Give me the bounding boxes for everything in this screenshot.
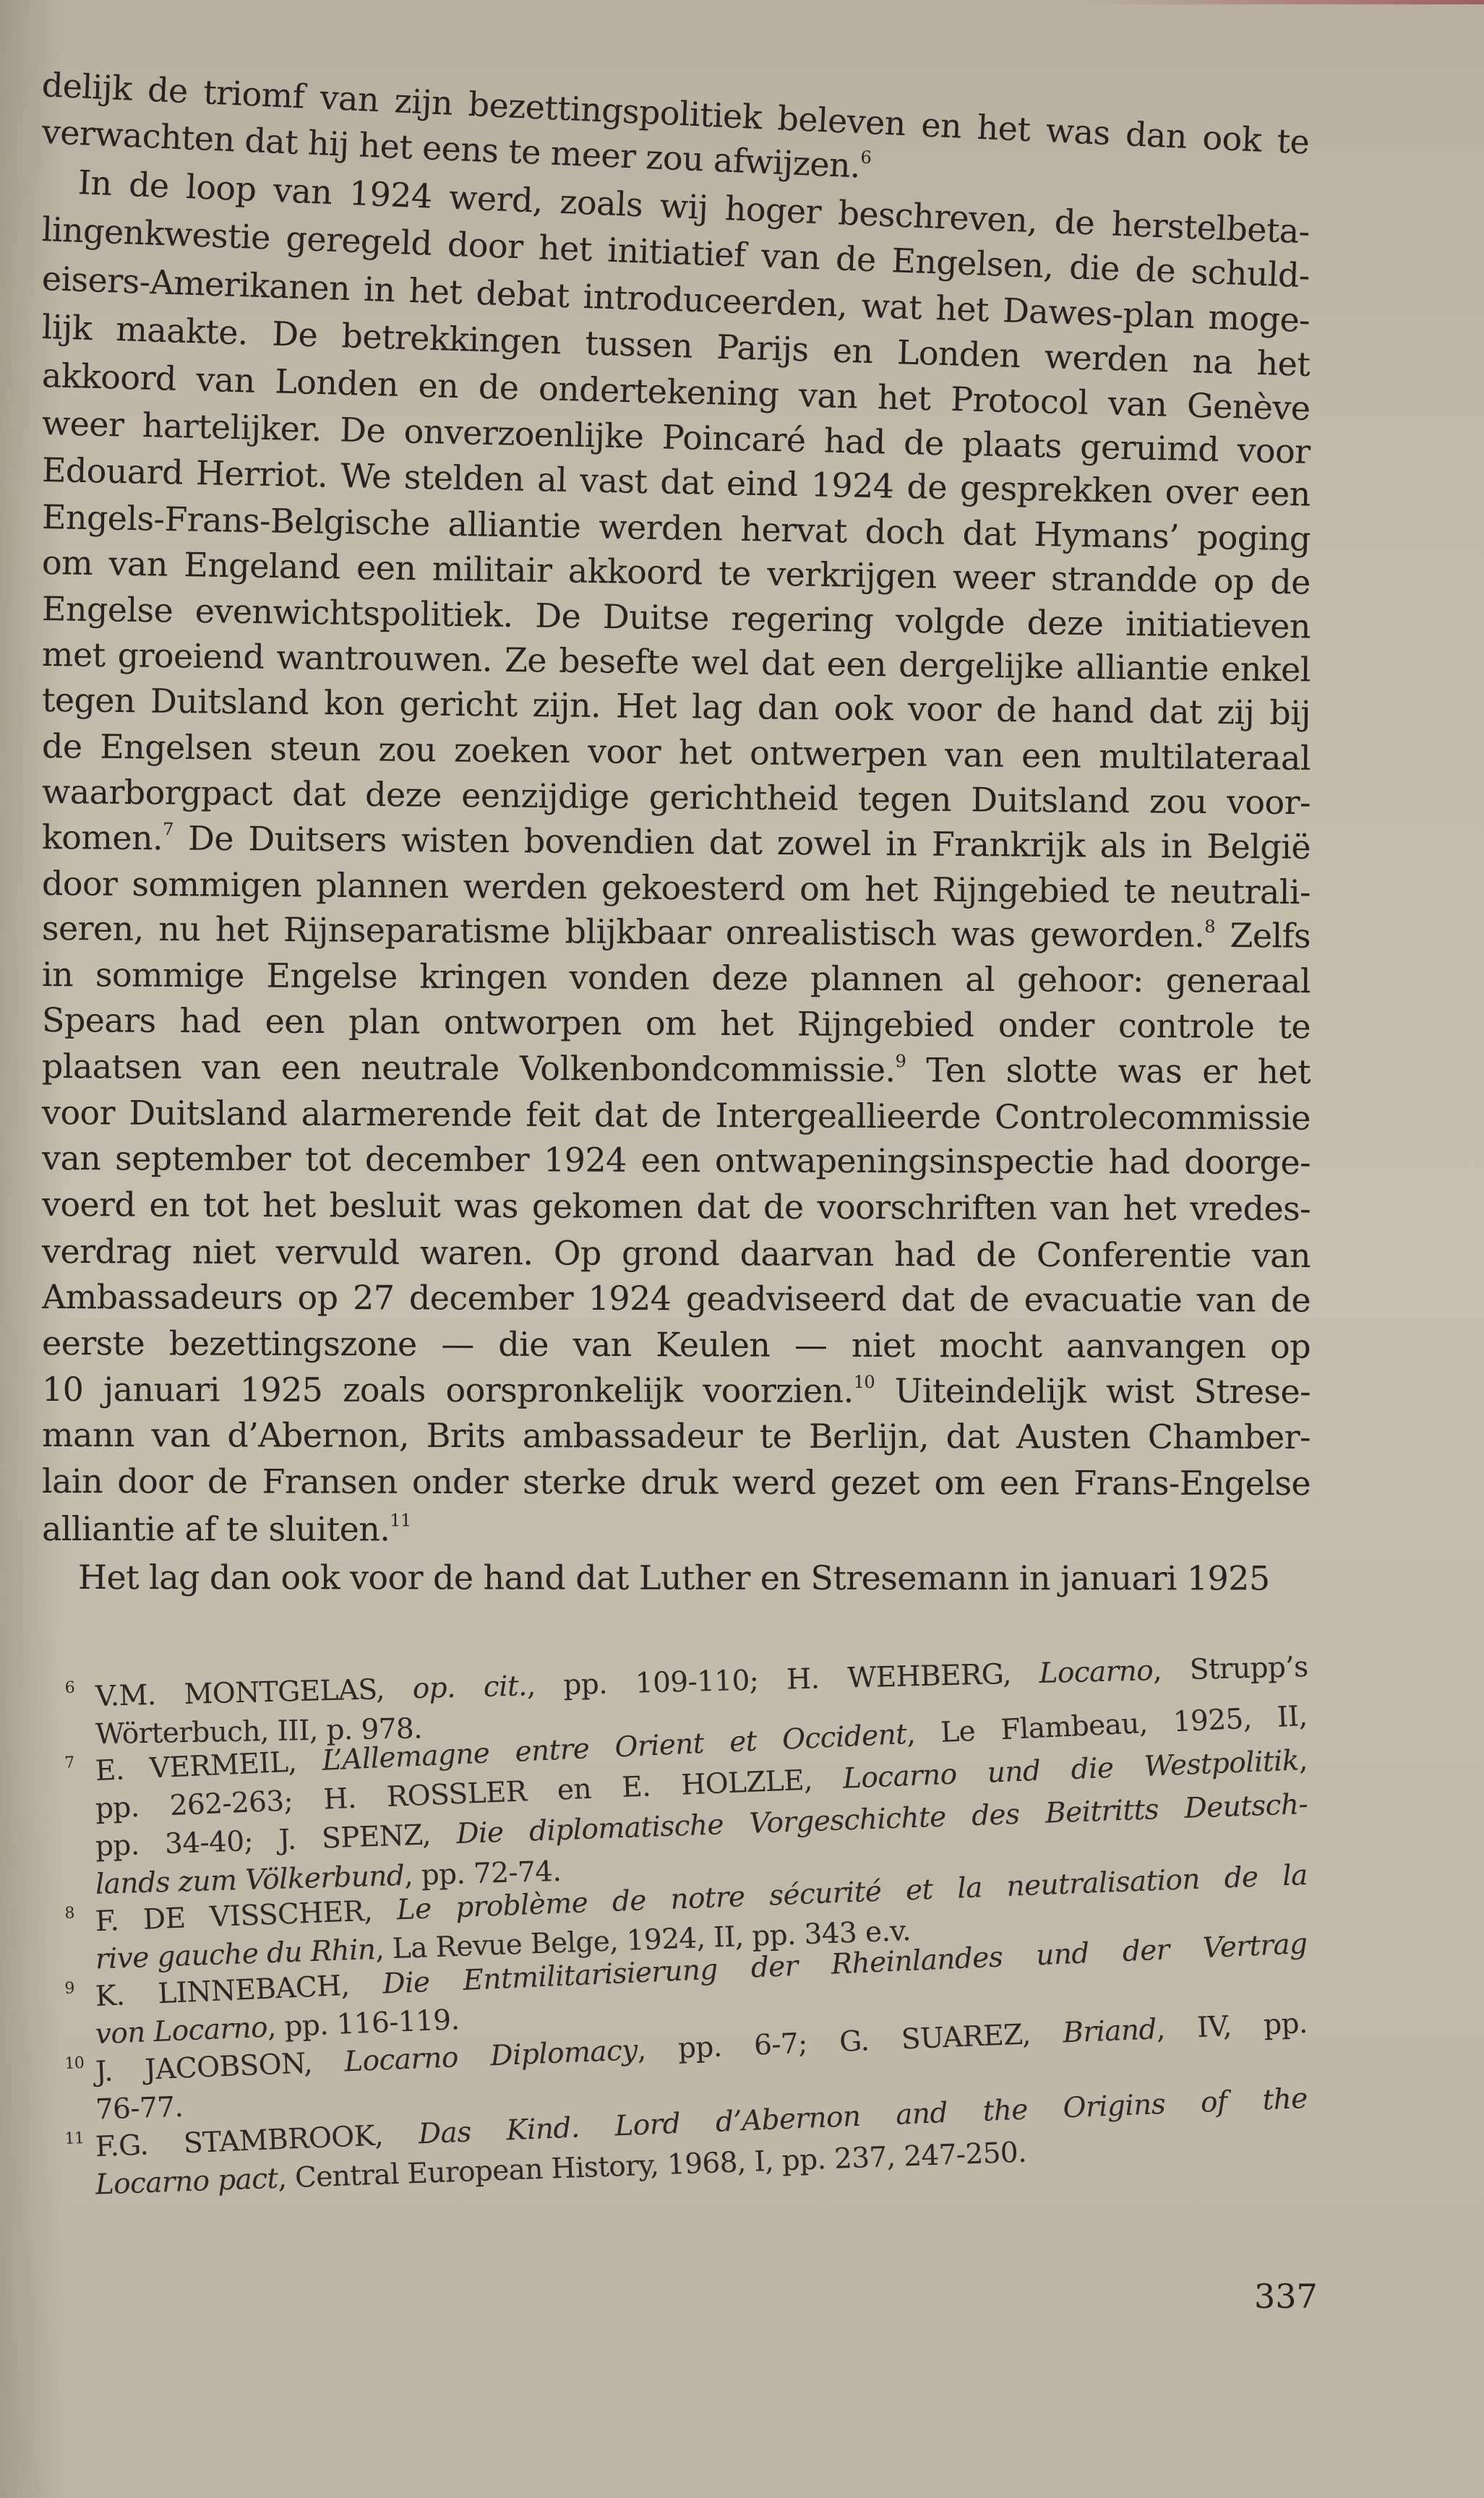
- line-text: lain door de Fransen onder sterke druk w…: [42, 1462, 1311, 1503]
- line-text-continuation: Zelfs: [1215, 916, 1311, 956]
- line-text: in sommige Engelse kringen vonden deze p…: [42, 955, 1311, 1000]
- line-text: waarborgpact dat deze eenzijdige gericht…: [42, 772, 1311, 822]
- line-text: alliantie af te sluiten.: [42, 1509, 390, 1548]
- page-number: 337: [1254, 2277, 1318, 2316]
- line-text-continuation: Uiteindelijk wist Strese-: [875, 1371, 1311, 1411]
- line-text: mann van d’Abernon, Brits ambassadeur te…: [42, 1415, 1311, 1456]
- footnote-reference[interactable]: 6: [860, 147, 872, 168]
- line-text: plaatsen van een neutrale Volkenbondcomm…: [42, 1047, 896, 1089]
- citation-text: , IV, pp.: [1156, 2007, 1308, 2046]
- line-text: Spears had een plan ontworpen om het Rij…: [42, 1000, 1311, 1046]
- footnote-number: 6: [64, 1681, 74, 1696]
- line-text: eerste bezettingszone — die van Keulen —…: [42, 1323, 1311, 1366]
- text-line: Ambassadeurs op 27 december 1924 geadvis…: [42, 1274, 1311, 1323]
- book-page: delijk de triomf van zijn bezettingspoli…: [0, 0, 1484, 2498]
- footnote-number: 11: [64, 2131, 85, 2147]
- text-line: Spears had een plan ontworpen om het Rij…: [42, 997, 1311, 1050]
- citation-text: ,: [1298, 1744, 1308, 1777]
- text-line: van september tot december 1924 een ontw…: [42, 1135, 1311, 1185]
- text-line: voor Duitsland alarmerende feit dat de I…: [42, 1089, 1311, 1141]
- text-line: Het lag dan ook voor de hand dat Luther …: [42, 1554, 1311, 1602]
- text-line: seren, nu het Rijnseparatisme blijkbaar …: [42, 905, 1311, 959]
- citation-title: von Locarno: [95, 2012, 268, 2051]
- citation-text: J. JACOBSON,: [95, 2046, 345, 2088]
- text-line: voerd en tot het besluit was gekomen dat…: [42, 1181, 1311, 1232]
- footnote-reference[interactable]: 10: [854, 1372, 875, 1392]
- line-text: Het lag dan ook voor de hand dat Luther …: [78, 1558, 1270, 1597]
- footnote-reference[interactable]: 8: [1204, 917, 1215, 937]
- citation-text: , Strupp’s: [1153, 1651, 1308, 1687]
- line-text: verdrag niet vervuld waren. Op grond daa…: [42, 1232, 1311, 1275]
- line-text: komen.: [42, 817, 163, 857]
- line-text-continuation: De Duitsers wisten bovendien dat zowel i…: [173, 818, 1311, 866]
- page-edge: [1084, 0, 1484, 4]
- citation-text: pp. 34-40; J. SPENZ,: [95, 1818, 457, 1863]
- line-text: voerd en tot het besluit was gekomen dat…: [42, 1185, 1311, 1228]
- citation-title: op. cit.: [412, 1670, 527, 1705]
- text-line: mann van d’Abernon, Brits ambassadeur te…: [42, 1412, 1311, 1460]
- citation-title: Briand: [1062, 2013, 1157, 2049]
- text-line: lain door de Fransen onder sterke druk w…: [42, 1458, 1311, 1506]
- text-line: verdrag niet vervuld waren. Op grond daa…: [42, 1228, 1311, 1279]
- footnote-reference[interactable]: 7: [163, 819, 173, 839]
- line-text: 10 januari 1925 zoals oorspronkelijk voo…: [42, 1370, 854, 1410]
- footnote-number: 8: [64, 1906, 74, 1922]
- footnote-number: 7: [64, 1755, 74, 1772]
- citation-title: Locarno pact: [95, 2163, 278, 2202]
- citation-title: Locarno Diplomacy: [343, 2034, 638, 2078]
- footnote-reference[interactable]: 11: [390, 1510, 411, 1530]
- line-text: Ambassadeurs op 27 december 1924 geadvis…: [42, 1277, 1311, 1320]
- citation-text: , pp. 109-110; H. WEHBERG,: [526, 1657, 1039, 1702]
- citation-title: Locarno und die Westpolitik: [842, 1744, 1299, 1795]
- footnote-number: 9: [64, 1980, 74, 1997]
- citation-text: , pp. 116-119.: [267, 2004, 460, 2044]
- text-line: 10 januari 1925 zoals oorspronkelijk voo…: [42, 1366, 1311, 1415]
- citation-title: Locarno: [1039, 1654, 1154, 1690]
- line-text: voor Duitsland alarmerende feit dat de I…: [42, 1093, 1311, 1138]
- citation-text: 76-77.: [95, 2091, 184, 2126]
- footnote-reference[interactable]: 9: [895, 1051, 906, 1071]
- text-line: alliantie af te sluiten.11: [42, 1506, 1311, 1553]
- citation-text: V.M. MONTGELAS,: [95, 1673, 413, 1713]
- text-line: plaatsen van een neutrale Volkenbondcomm…: [42, 1043, 1311, 1095]
- line-text: door sommigen plannen werden gekoesterd …: [42, 864, 1311, 911]
- line-text: van september tot december 1924 een ontw…: [42, 1138, 1311, 1182]
- text-line: eerste bezettingszone — die van Keulen —…: [42, 1320, 1311, 1370]
- text-line: in sommige Engelse kringen vonden deze p…: [42, 951, 1311, 1004]
- line-text: seren, nu het Rijnseparatisme blijkbaar …: [42, 909, 1205, 955]
- footnote-number: 10: [64, 2056, 85, 2072]
- citation-text: , pp. 72-74.: [404, 1855, 562, 1892]
- line-text-continuation: Ten slotte was er het: [906, 1050, 1311, 1091]
